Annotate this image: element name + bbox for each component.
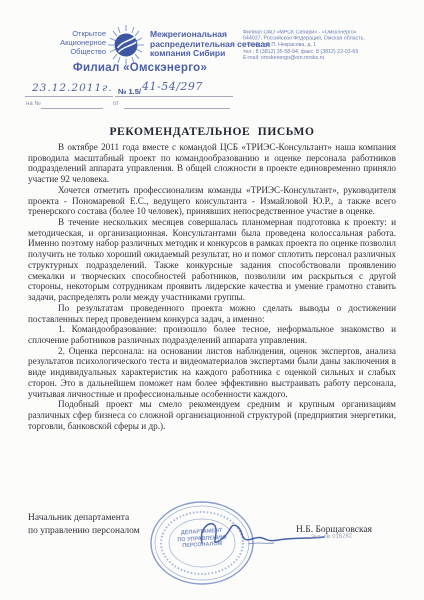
org-type-line: Общество	[28, 47, 106, 56]
document-title: РЕКОМЕНДАТЕЛЬНОЕ ПИСЬМО	[0, 126, 424, 138]
paragraph: Хочется отметить профессионализм команды…	[28, 185, 396, 217]
paragraph: По результатам проведенного проекта можн…	[28, 303, 396, 324]
letter-number-handwritten: 41-54/297	[142, 80, 203, 93]
date-underline	[25, 96, 113, 97]
number-underline	[115, 96, 233, 97]
letter-number-label: № 1.5/	[118, 87, 141, 96]
org-type-line: Открытое	[28, 29, 106, 38]
company-logo-icon	[105, 23, 147, 67]
letter-date-handwritten: 23.12.2011г.	[32, 82, 113, 94]
signer-position: Начальник департамента по управлению пер…	[28, 512, 140, 538]
paragraph: В течение нескольких месяцев совершалась…	[28, 217, 396, 303]
paragraph: 1. Командообразование: произошло более т…	[28, 324, 396, 345]
letter-body: В октябре 2011 года вместе с командой ЦС…	[28, 142, 396, 431]
org-type-text: Открытое Акционерное Общество	[28, 29, 106, 56]
paragraph: Подобный проект мы смело рекомендуем сре…	[28, 399, 396, 431]
org-type-line: Акционерное	[28, 38, 106, 47]
contact-block: Филиал ОАО «МРСК Сибири» - «Омскэнерго» …	[243, 30, 419, 62]
copy-number: Экз. № 016282	[311, 533, 352, 540]
incoming-number-underline	[41, 108, 103, 109]
paragraph: В октябре 2011 года вместе с командой ЦС…	[28, 142, 396, 185]
signer-position-line: Начальник департамента	[28, 512, 140, 525]
signer-position-line: по управлению персоналом	[28, 525, 140, 538]
incoming-date-label: от	[113, 101, 119, 107]
branch-name: Филиал «Омскэнерго»	[40, 62, 240, 74]
paragraph: 2. Оценка персонала: на основании листов…	[28, 346, 396, 400]
incoming-date-underline	[124, 108, 230, 109]
contact-line: E-mail: omskenergo@om.mrsks.ru	[243, 55, 419, 61]
incoming-number-label: на №	[26, 101, 41, 107]
